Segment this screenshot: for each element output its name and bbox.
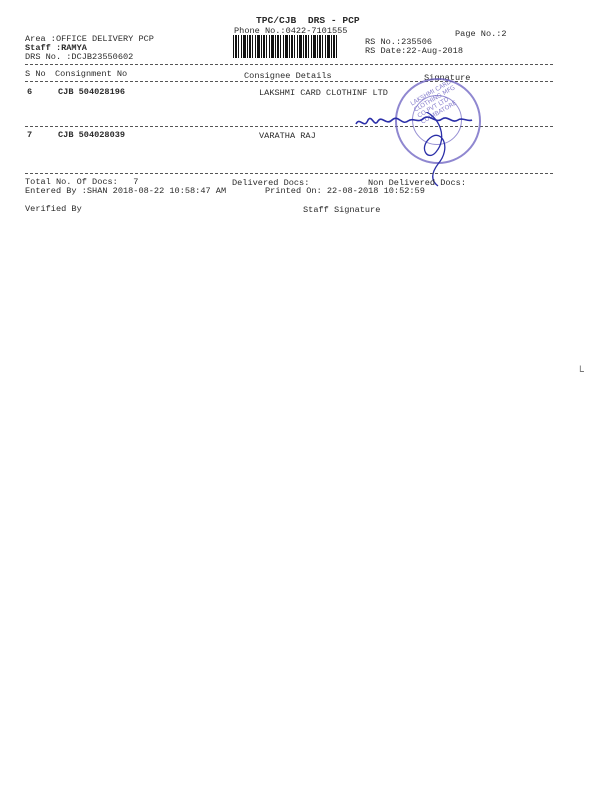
verified-by: Verified By: [25, 204, 82, 214]
document-title: TPC/CJB DRS - PCP: [256, 16, 360, 26]
row-consignee: VARATHA RAJ: [259, 131, 316, 141]
row-sno: 6: [27, 87, 32, 97]
divider: [25, 64, 553, 65]
divider: [25, 81, 553, 82]
column-header-consignment: Consignment No: [55, 69, 127, 79]
row-sno: 7: [27, 130, 32, 140]
column-header-sno: S No: [25, 69, 46, 79]
divider: [25, 173, 553, 174]
drs-number: DRS No. :DCJB23550602: [25, 52, 133, 62]
column-header-consignee: Consignee Details: [244, 71, 332, 81]
staff-signature: Staff Signature: [303, 205, 380, 215]
rs-date: RS Date:22-Aug-2018: [365, 46, 463, 56]
barcode: [233, 35, 338, 58]
row-consignment-no: CJB 504028196: [58, 87, 125, 97]
entered-by: Entered By :SHAN 2018-08-22 10:58:47 AM: [25, 186, 226, 196]
row-consignment-no: CJB 504028039: [58, 130, 125, 140]
page-number: Page No.:2: [455, 29, 507, 39]
printed-on: Printed On: 22-08-2018 10:52:59: [265, 186, 425, 196]
row-consignee: LAKSHMI CARD CLOTHINF LTD: [259, 88, 388, 98]
scan-speck: ᒪ: [579, 365, 584, 375]
